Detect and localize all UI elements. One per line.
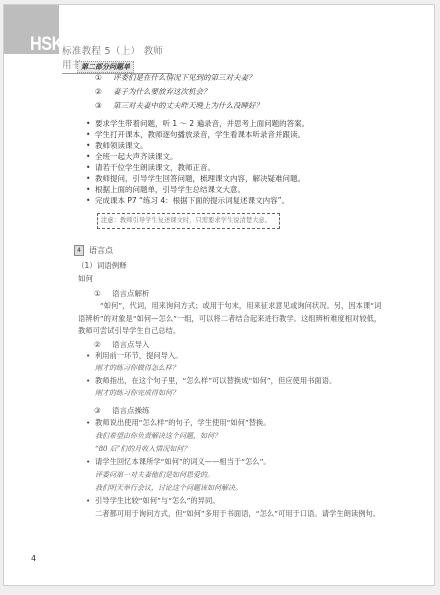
example-sentence: 我们希望由你负责解决这个问题，如何？: [95, 431, 221, 441]
example-sentence: “80 后”们的月收入情况如何？: [95, 444, 190, 454]
step-item: •请若干位学生朗读课文，教师正音。: [86, 162, 309, 173]
example-sentence: 评委问第一对夫妻他们是如何恩爱的。: [95, 470, 214, 480]
example-sentence: 刚才的练习你完成得如何？: [95, 388, 179, 398]
part-heading: ②语言点导入: [94, 339, 150, 350]
subsection-title: （1）词语例释: [77, 260, 127, 271]
comparison-paragraph: 二者都可用于询问方式，但“如何”多用于书面语，“怎么”可用于口语。请学生朗读例句…: [95, 508, 385, 521]
bullet-item: •教师说出使用“怎么样”的句子，学生使用“如何”替换。: [86, 418, 271, 428]
bullet-item: •利用前一环节，提问导入。: [86, 351, 183, 361]
step-item: •全班一起大声齐读课文。: [86, 151, 309, 162]
example-sentence: 我们明天举行会议，讨论这个问题该如何解决。: [95, 483, 242, 493]
question-item: ②妻子为什么要放弃这次机会？: [95, 85, 263, 99]
bullet-item: •教师指出，在这个句子里，“怎么样”可以替换成“如何”，但应使用书面语。: [86, 376, 336, 386]
part-heading: ③语言点操练: [94, 405, 150, 416]
step-item: •要求学生带着问题，听 1 ～ 2 遍录音，并思考上面问题的答案。: [86, 118, 309, 129]
bullet-item: •引导学生比较“如何”与“怎么”的异同。: [86, 496, 220, 506]
brand-logo: HSK: [30, 34, 63, 56]
part-heading: ①语言点解析: [94, 288, 150, 299]
note-box: 注意：教师引导学生复述课文时，只需要求学生说清楚大意。: [97, 213, 280, 229]
example-sentence: 刚才的练习你做得怎么样？: [95, 363, 179, 373]
page-number: 4: [31, 554, 36, 563]
question-list: ①评委们是在什么情况下见到的第三对夫妻？ ②妻子为什么要放弃这次机会？ ③第三对…: [95, 71, 263, 113]
question-item: ③第三对夫妻中的丈夫昨天晚上为什么没睡好？: [95, 99, 263, 113]
question-item: ①评委们是在什么情况下见到的第三对夫妻？: [95, 71, 263, 85]
step-item: •教师提问，引导学生回答问题，梳理课文内容，解决疑难问题。: [86, 173, 309, 184]
analysis-paragraph: “如何”，代词，用来询问方式；或用于句末，用来征求意见或询问状况。另，因本课“词…: [78, 300, 388, 338]
teaching-steps: •要求学生带着问题，听 1 ～ 2 遍录音，并思考上面问题的答案。 •学生打开课…: [86, 118, 309, 206]
step-item: •根据上面的问题单，引导学生总结课文大意。: [86, 184, 309, 195]
bullet-item: •请学生回忆本课所学“如何”的词义——相当于“怎么”。: [86, 457, 271, 467]
vocab-word: 如何: [78, 273, 93, 284]
document-page: HSK 标准教程 5（上） 教师用书 第二部分问题单 ①评委们是在什么情况下见到…: [3, 4, 435, 586]
step-item: •教师领读课文。: [86, 140, 309, 151]
language-points-heading: 4语言点: [74, 245, 113, 256]
header-brand-block: HSK: [4, 5, 59, 54]
step-item: •完成课本 P7 “练习 4：根据下面的提示词复述课文内容”。: [86, 195, 309, 206]
step-item: •学生打开课本，教师逐句播放录音，学生看课本听录音并跟读。: [86, 129, 309, 140]
section-number-box: 4: [74, 245, 84, 256]
